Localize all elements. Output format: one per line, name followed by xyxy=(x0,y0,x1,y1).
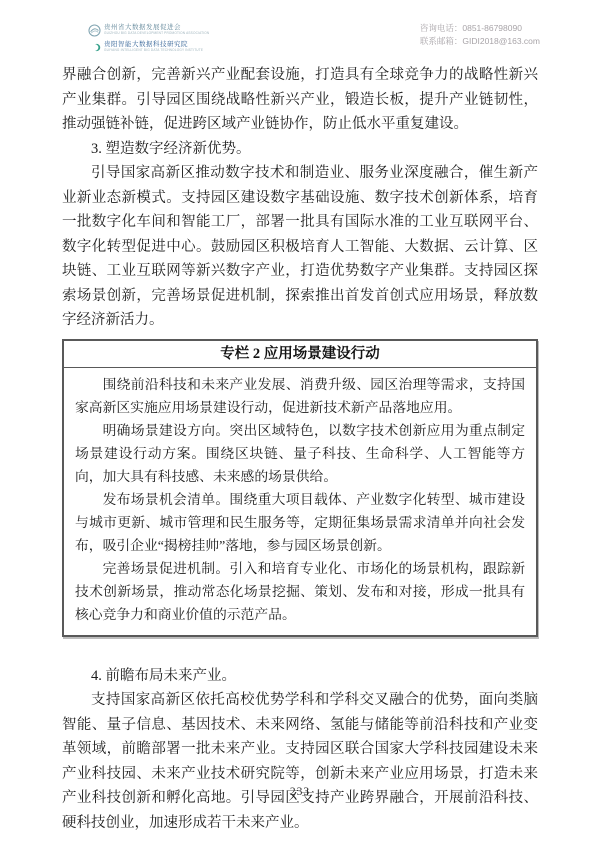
paragraph-continuation: 界融合创新，完善新兴产业配套设施，打造具有全球竞争力的战略性新兴产业集群。引导园… xyxy=(62,63,538,137)
contact-email-label: 联系邮箱： xyxy=(420,36,463,46)
logo-group: 贵州省大数据发展促进会 GUIZHOU BIG DATA DEVELOPMENT… xyxy=(88,24,221,58)
association-logo: 贵州省大数据发展促进会 GUIZHOU BIG DATA DEVELOPMENT… xyxy=(88,24,221,37)
institute-logo-icon xyxy=(88,41,101,54)
box-paragraph-promotion-mechanism: 完善场景促进机制。引入和培育专业化、市场化的场景机构，跟踪新技术创新场景，推动常… xyxy=(75,557,525,626)
contact-phone-value: 0851-86798090 xyxy=(462,23,522,33)
association-logo-icon xyxy=(88,24,101,37)
box-paragraph-opportunity-list: 发布场景机会清单。围绕重大项目载体、产业数字化转型、城市建设与城市更新、城市管理… xyxy=(75,488,525,557)
column-2-box-body: 围绕前沿科技和未来产业发展、消费升级、园区治理等需求，支持国家高新区实施应用场景… xyxy=(64,368,536,635)
box-paragraph-overview: 围绕前沿科技和未来产业发展、消费升级、园区治理等需求，支持国家高新区实施应用场景… xyxy=(75,373,525,419)
column-2-box: 专栏 2 应用场景建设行动 围绕前沿科技和未来产业发展、消费升级、园区治理等需求… xyxy=(62,339,538,637)
institute-logo-subtitle: GUIYANG INTELLIGENT BIG DATA TECHNOLOGY … xyxy=(104,49,203,52)
page-number: 233 xyxy=(290,786,310,798)
institute-logo: 贵阳智能大数据科技研究院 GUIYANG INTELLIGENT BIG DAT… xyxy=(88,41,221,54)
contact-phone-label: 咨询电话： xyxy=(420,23,463,33)
box-paragraph-direction: 明确场景建设方向。突出区域特色，以数字技术创新应用为重点制定场景建设行动方案。围… xyxy=(75,419,525,488)
heading-future-industries: 4. 前瞻布局未来产业。 xyxy=(62,664,538,689)
page-footer: 233 xyxy=(0,782,600,800)
contact-info: 咨询电话：0851-86798090 联系邮箱：GIDI2018@163.com xyxy=(420,22,540,48)
column-2-box-title: 专栏 2 应用场景建设行动 xyxy=(64,341,536,368)
contact-email-line: 联系邮箱：GIDI2018@163.com xyxy=(420,35,540,48)
association-logo-subtitle: GUIZHOU BIG DATA DEVELOPMENT PROMOTION A… xyxy=(104,32,209,35)
heading-digital-economy: 3. 塑造数字经济新优势。 xyxy=(62,137,538,162)
document-body: 界融合创新，完善新兴产业配套设施，打造具有全球竞争力的战略性新兴产业集群。引导园… xyxy=(62,63,538,835)
page-header: 贵州省大数据发展促进会 GUIZHOU BIG DATA DEVELOPMENT… xyxy=(88,22,540,64)
paragraph-digital-economy: 引导国家高新区推动数字技术和制造业、服务业深度融合，催生新产业新业态新模式。支持… xyxy=(62,161,538,333)
contact-phone-line: 咨询电话：0851-86798090 xyxy=(420,22,540,35)
contact-email-value: GIDI2018@163.com xyxy=(462,36,540,46)
document-page: 贵州省大数据发展促进会 GUIZHOU BIG DATA DEVELOPMENT… xyxy=(0,0,600,848)
paragraph-future-industries: 支持国家高新区依托高校优势学科和学科交叉融合的优势，面向类脑智能、量子信息、基因… xyxy=(62,688,538,835)
